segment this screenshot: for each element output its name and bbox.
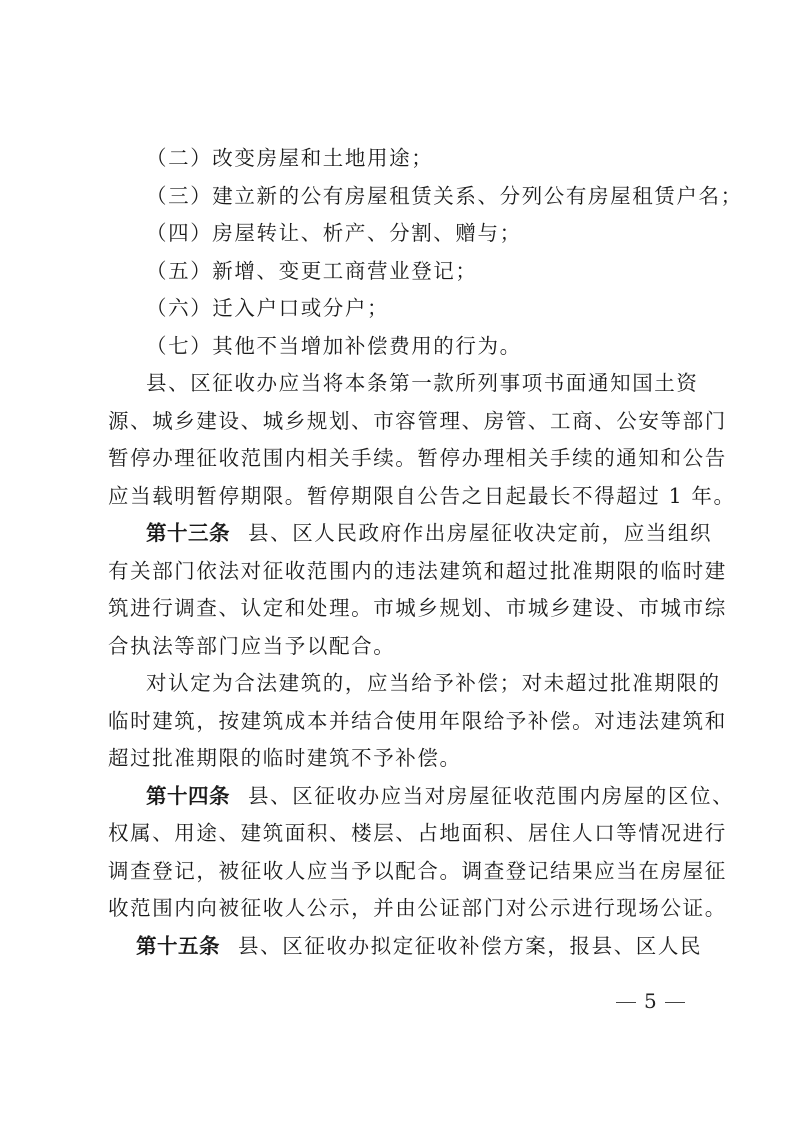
article-13-line: 筑进行调查、认定和处理。市城乡规划、市城乡建设、市城市综 xyxy=(108,593,692,623)
article-14-number: 第十四条 xyxy=(146,784,230,808)
article-15-number: 第十五条 xyxy=(136,934,220,958)
page-number: 5 xyxy=(608,988,693,1014)
article-13-line: 有关部门依法对征收范围内的违法建筑和超过批准期限的临时建 xyxy=(108,556,692,586)
article-13-number: 第十三条 xyxy=(146,521,230,545)
dash-decoration xyxy=(616,1002,636,1003)
article-14-line: 权属、用途、建筑面积、楼层、占地面积、居住人口等情况进行 xyxy=(108,818,692,848)
list-item-5: （五）新增、变更工商营业登记； xyxy=(146,256,478,286)
notice-paragraph-line: 源、城乡建设、城乡规划、市容管理、房管、工商、公安等部门 xyxy=(108,406,692,436)
page-number-value: 5 xyxy=(644,989,657,1013)
list-item-4: （四）房屋转让、析产、分割、赠与； xyxy=(146,218,522,248)
article-14-first-line: 第十四条县、区征收办应当对房屋征收范围内房屋的区位、 xyxy=(146,781,692,811)
article-13-line: 合执法等部门应当予以配合。 xyxy=(108,631,692,661)
article-13-para2-line: 对认定为合法建筑的，应当给予补偿；对未超过批准期限的 xyxy=(146,668,692,698)
article-13-para2-line: 临时建筑，按建筑成本并结合使用年限给予补偿。对违法建筑和 xyxy=(108,706,692,736)
notice-paragraph-line: 应当载明暂停期限。暂停期限自公告之日起最长不得超过 1 年。 xyxy=(108,481,692,511)
article-13-para2-line: 超过批准期限的临时建筑不予补偿。 xyxy=(108,743,692,773)
notice-paragraph-line: 县、区征收办应当将本条第一款所列事项书面通知国土资 xyxy=(146,368,692,398)
notice-paragraph-line: 暂停办理征收范围内相关手续。暂停办理相关手续的通知和公告 xyxy=(108,443,692,473)
article-14-line: 调查登记，被征收人应当予以配合。调查登记结果应当在房屋征 xyxy=(108,856,692,886)
article-15-text: 县、区征收办拟定征收补偿方案，报县、区人民 xyxy=(238,934,702,958)
article-15-first-line: 第十五条县、区征收办拟定征收补偿方案，报县、区人民 xyxy=(136,931,692,961)
article-14-text: 县、区征收办应当对房屋征收范围内房屋的区位、 xyxy=(248,784,734,808)
article-13-first-line: 第十三条县、区人民政府作出房屋征收决定前，应当组织 xyxy=(146,518,692,548)
article-13-text: 县、区人民政府作出房屋征收决定前，应当组织 xyxy=(248,521,712,545)
article-14-line: 收范围内向被征收人公示，并由公证部门对公示进行现场公证。 xyxy=(108,893,692,923)
document-page: （二）改变房屋和土地用途； （三）建立新的公有房屋租赁关系、分列公有房屋租赁户名… xyxy=(0,0,793,1122)
dash-decoration xyxy=(665,1002,685,1003)
list-item-6: （六）迁入户口或分户； xyxy=(146,293,389,323)
list-item-3: （三）建立新的公有房屋租赁关系、分列公有房屋租赁户名； xyxy=(146,181,743,211)
list-item-2: （二）改变房屋和土地用途； xyxy=(146,143,433,173)
list-item-7: （七）其他不当增加补偿费用的行为。 xyxy=(146,331,522,361)
